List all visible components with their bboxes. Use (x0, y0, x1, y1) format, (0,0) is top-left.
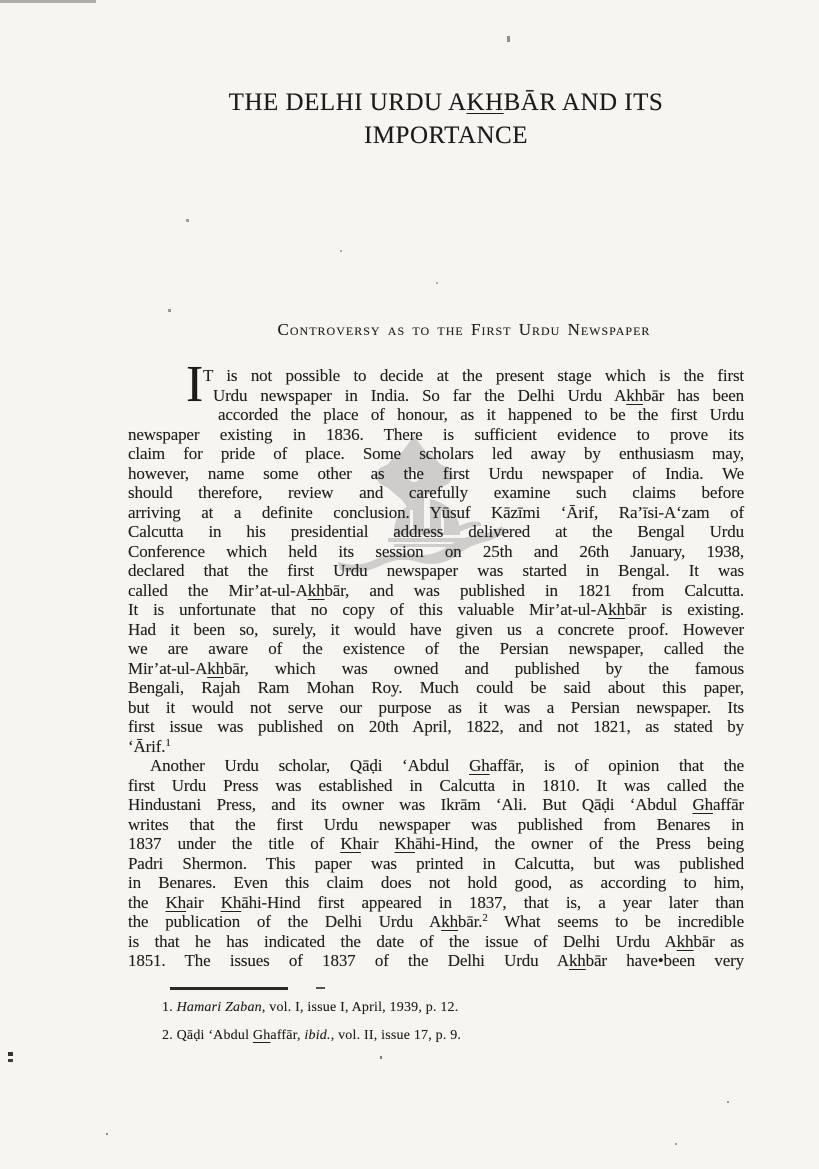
footnote-1: 1. Hamari Zaban, vol. I, issue I, April,… (128, 994, 744, 1022)
scanned-book-page: THE DELHI URDU AKHBĀR AND ITS IMPORTANCE… (0, 0, 819, 1169)
text-line: however, name some other as the first Ur… (128, 464, 744, 484)
text-line: is that he has indicated the date of the… (128, 932, 744, 952)
text-line: 1851. The issues of 1837 of the Delhi Ur… (128, 951, 744, 971)
scan-artifact (380, 1056, 382, 1059)
text-line: newspaper existing in 1836. There is suf… (128, 425, 744, 445)
text-line: Padri Shermon. This paper was printed in… (128, 854, 744, 874)
text-line: Urdu newspaper in India. So far the Delh… (128, 386, 744, 406)
text-line: in Benares. Even this claim does not hol… (128, 873, 744, 893)
text-line: Bengali, Rajah Ram Mohan Roy. Much could… (128, 678, 744, 698)
text-line: first issue was published on 20th April,… (128, 717, 744, 737)
paragraph-1: I T is not possible to decide at the pre… (128, 366, 744, 756)
text-line: claim for pride of place. Some scholars … (128, 444, 744, 464)
text-line: 1837 under the title of Khair Khāhi-Hind… (128, 834, 744, 854)
text-line: arriving at a definite conclusion. Yūsuf… (128, 503, 744, 523)
paragraph-1-lines: T is not possible to decide at the prese… (128, 366, 744, 756)
scan-artifact (106, 1133, 108, 1135)
footnote-rule (170, 987, 288, 990)
text-line: Had it been so, surely, it would have gi… (128, 620, 744, 640)
paragraph-2: Another Urdu scholar, Qāḍi ‘Abdul Ghaffā… (128, 756, 744, 971)
text-line: called the Mir’at-ul-Akhbār, and was pub… (128, 581, 744, 601)
text-line: first Urdu Press was established in Calc… (128, 776, 744, 796)
scan-artifact (727, 1101, 729, 1103)
page-title-line: THE DELHI URDU AKHBĀR AND ITS (138, 86, 754, 119)
page-title: THE DELHI URDU AKHBĀR AND ITS IMPORTANCE (138, 86, 754, 152)
text-line: It is unfortunate that no copy of this v… (128, 600, 744, 620)
text-line: we are aware of the existence of the Per… (128, 639, 744, 659)
text-line: declared that the first Urdu newspaper w… (128, 561, 744, 581)
scan-artifact (8, 1052, 13, 1056)
page-content: THE DELHI URDU AKHBĀR AND ITS IMPORTANCE… (128, 0, 744, 1050)
text-line: accorded the place of honour, as it happ… (128, 405, 744, 425)
text-line: the publication of the Delhi Urdu Akhbār… (128, 912, 744, 932)
scan-artifact (8, 1059, 13, 1062)
scan-artifact (675, 1143, 677, 1145)
text-line: Another Urdu scholar, Qāḍi ‘Abdul Ghaffā… (128, 756, 744, 776)
text-line: but it would not serve our purpose as it… (128, 698, 744, 718)
text-line: ‘Ārif.1 (128, 737, 744, 757)
scan-artifact (0, 0, 96, 3)
text-line: Mir’at-ul-Akhbār, which was owned and pu… (128, 659, 744, 679)
footnote-2: 2. Qāḍi ‘Abdul Ghaffār, ibid., vol. II, … (128, 1022, 744, 1050)
text-line: Calcutta in his presidential address del… (128, 522, 744, 542)
drop-cap: I (186, 363, 203, 407)
paragraph-2-lines: Another Urdu scholar, Qāḍi ‘Abdul Ghaffā… (128, 756, 744, 971)
text-line: writes that the first Urdu newspaper was… (128, 815, 744, 835)
section-heading: Controversy as to the First Urdu Newspap… (156, 320, 772, 340)
footnotes: 1. Hamari Zaban, vol. I, issue I, April,… (128, 994, 744, 1050)
page-title-line: IMPORTANCE (138, 119, 754, 152)
text-line: the Khair Khāhi-Hind first appeared in 1… (128, 893, 744, 913)
text-line: T is not possible to decide at the prese… (128, 366, 744, 386)
text-line: Conference which held its session on 25t… (128, 542, 744, 562)
text-line: should therefore, review and carefully e… (128, 483, 744, 503)
text-line: Hindustani Press, and its owner was Ikrā… (128, 795, 744, 815)
